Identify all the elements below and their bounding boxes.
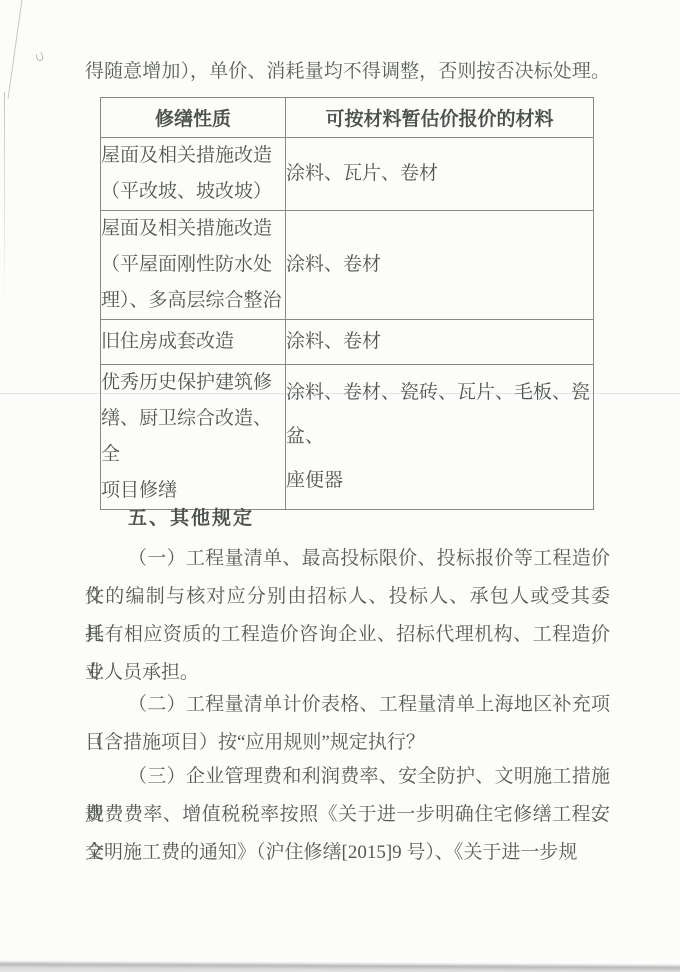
cell-materials: 涂料、瓦片、卷材	[286, 138, 594, 211]
intro-line: 得随意增加），单价、消耗量均不得调整，否则按否决标处理。	[85, 57, 610, 87]
table-header-row: 修缮性质 可按材料暂估价报价的材料	[101, 98, 594, 138]
cell-text-line: 缮、厨卫综合改造、全	[101, 401, 285, 473]
cell-text-line: 旧住房成套改造	[101, 324, 285, 360]
section-heading: 五、其他规定	[85, 500, 610, 538]
header-cell-nature: 修缮性质	[101, 98, 286, 138]
cell-text-line: 涂料、卷材	[286, 243, 593, 287]
page-bottom-edge-shadow	[0, 960, 680, 972]
paragraph-line: 规费费率、增值税税率按照《关于进一步明确住宅修缮工程安全	[85, 796, 610, 834]
scan-speck	[35, 51, 45, 62]
cell-text-line: 座便器	[286, 459, 593, 503]
cell-nature: 屋面及相关措施改造 （平改坡、坡改坡）	[101, 138, 286, 211]
paragraph-line: （含措施项目）按“应用规则”规定执行？	[85, 724, 610, 762]
cell-text-line: 屋面及相关措施改造	[101, 211, 285, 247]
header-cell-materials: 可按材料暂估价报价的材料	[286, 98, 594, 138]
paragraph-line: （三）企业管理费和利润费率、安全防护、文明施工措施费、	[85, 758, 610, 796]
scan-edge-diagonal-line	[8, 0, 23, 99]
cell-nature: 旧住房成套改造	[101, 320, 286, 365]
paragraph-line: （二）工程量清单计价表格、工程量清单上海地区补充项目	[85, 686, 610, 724]
cell-text-line: 屋面及相关措施改造	[101, 138, 285, 174]
scanned-document-page: 得随意增加），单价、消耗量均不得调整，否则按否决标处理。 修缮性质 可按材料暂估…	[0, 0, 680, 972]
table-row: 优秀历史保护建筑修 缮、厨卫综合改造、全 项目修缮 涂料、卷材、瓷砖、瓦片、毛板…	[101, 365, 594, 510]
paragraph-line: 件的编制与核对应分别由招标人、投标人、承包人或受其委托，	[85, 578, 610, 616]
materials-table: 修缮性质 可按材料暂估价报价的材料 屋面及相关措施改造 （平改坡、坡改坡） 涂料…	[100, 97, 594, 510]
cell-nature: 屋面及相关措施改造 （平屋面刚性防水处 理）、多高层综合整治	[101, 211, 286, 320]
table-row: 旧住房成套改造 涂料、卷材	[101, 320, 594, 365]
cell-text-line: 涂料、卷材	[286, 320, 593, 364]
paragraph-line: （一）工程量清单、最高投标限价、投标报价等工程造价文	[85, 540, 610, 578]
cell-materials: 涂料、卷材、瓷砖、瓦片、毛板、瓷盆、 座便器	[286, 365, 594, 510]
table-row: 屋面及相关措施改造 （平屋面刚性防水处 理）、多高层综合整治 涂料、卷材	[101, 211, 594, 320]
cell-text-line: 涂料、卷材、瓷砖、瓦片、毛板、瓷盆、	[286, 371, 593, 459]
scan-edge-vertical-line	[4, 92, 5, 307]
paragraph-line: 文明施工费的通知》（沪住修缮[2015]9 号）、《关于进一步规	[85, 834, 610, 872]
cell-materials: 涂料、卷材	[286, 320, 594, 365]
paragraph-line: 具有相应资质的工程造价咨询企业、招标代理机构、工程造价专	[85, 616, 610, 654]
cell-text-line: 理）、多高层综合整治	[101, 283, 285, 319]
cell-text-line: 优秀历史保护建筑修	[101, 365, 285, 401]
cell-nature: 优秀历史保护建筑修 缮、厨卫综合改造、全 项目修缮	[101, 365, 286, 510]
table-row: 屋面及相关措施改造 （平改坡、坡改坡） 涂料、瓦片、卷材	[101, 138, 594, 211]
cell-text-line: （平改坡、坡改坡）	[101, 174, 285, 210]
cell-text-line: （平屋面刚性防水处	[101, 247, 285, 283]
cell-materials: 涂料、卷材	[286, 211, 594, 320]
cell-text-line: 涂料、瓦片、卷材	[286, 152, 593, 196]
